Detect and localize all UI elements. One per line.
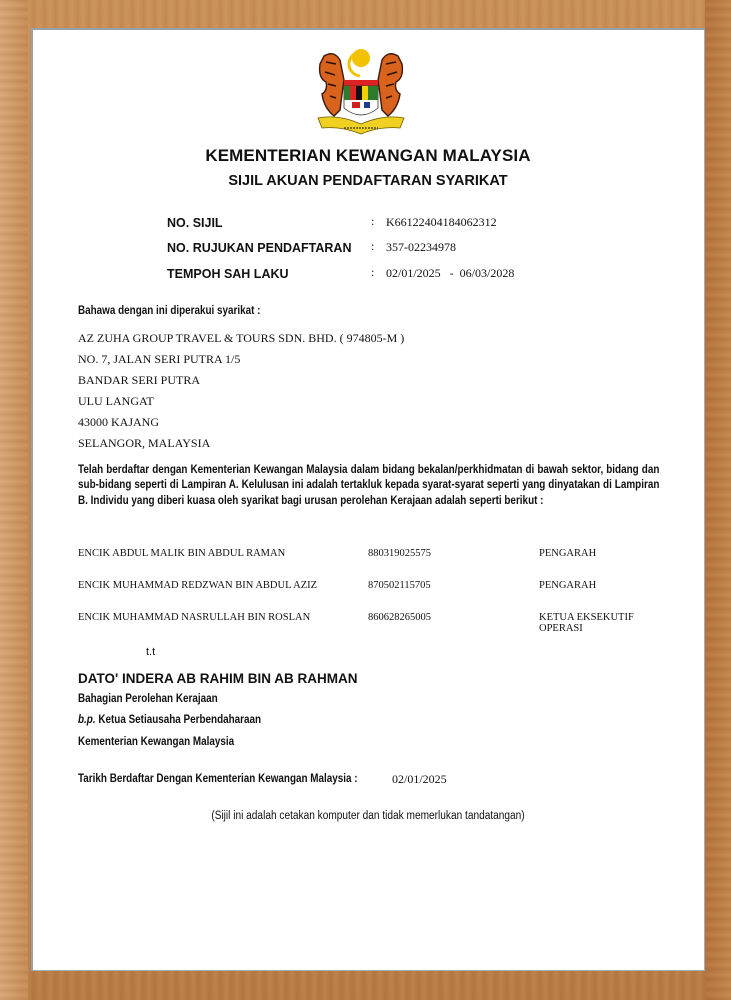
colon: : [371,265,374,280]
individual-name: ENCIK ABDUL MALIK BIN ABDUL RAMAN [78,548,285,559]
malaysia-coat-of-arms-icon [306,42,416,142]
individual-ic: 880319025575 [368,548,431,559]
ref-no-label: NO. RUJUKAN PENDAFTARAN [167,241,352,255]
tt-mark: t.t [146,646,155,658]
colon: : [371,214,374,229]
individual-name: ENCIK MUHAMMAD NASRULLAH BIN ROSLAN [78,612,310,623]
individual-name: ENCIK MUHAMMAD REDZWAN BIN ABDUL AZIZ [78,580,317,591]
registration-date-value: 02/01/2025 [392,772,447,787]
registration-statement: Telah berdaftar dengan Kementerian Kewan… [78,462,659,508]
computer-generated-note: (Sijil ini adalah cetakan komputer dan t… [71,810,664,822]
individual-position: PENGARAH [539,580,669,591]
individual-position: KETUA EKSEKUTIF OPERASI [539,612,669,634]
signatory-name: DATO' INDERA AB RAHIM BIN AB RAHMAN [78,671,357,686]
validity-label: TEMPOH SAH LAKU [167,267,289,281]
certificate-page: KEMENTERIAN KEWANGAN MALAYSIA SIJIL AKUA… [31,28,705,971]
ministry-heading: KEMENTERIAN KEWANGAN MALAYSIA [31,146,705,166]
bp-prefix: b.p. [78,714,96,726]
cert-no-value: K66122404184062312 [386,215,497,230]
address-line-3: ULU LANGAT [78,394,154,409]
on-behalf-line: b.p. Ketua Setiausaha Perbendaharaan [78,714,261,726]
company-intro: Bahawa dengan ini diperakui syarikat : [78,305,260,317]
certificate-title: SIJIL AKUAN PENDAFTARAN SYARIKAT [31,173,705,189]
company-name: AZ ZUHA GROUP TRAVEL & TOURS SDN. BHD. (… [78,331,404,346]
ministry-name: Kementerian Kewangan Malaysia [78,736,234,748]
on-behalf-title: Ketua Setiausaha Perbendaharaan [98,714,261,726]
address-line-2: BANDAR SERI PUTRA [78,373,200,388]
address-line-5: SELANGOR, MALAYSIA [78,436,210,451]
cert-no-label: NO. SIJIL [167,216,223,230]
ref-no-value: 357-02234978 [386,240,456,255]
registration-date-label: Tarikh Berdaftar Dengan Kementerian Kewa… [78,773,358,785]
validity-value: 02/01/2025 - 06/03/2028 [386,266,514,281]
individual-ic: 870502115705 [368,580,431,591]
address-line-1: NO. 7, JALAN SERI PUTRA 1/5 [78,352,240,367]
colon: : [371,239,374,254]
individual-ic: 860628265005 [368,612,431,623]
address-line-4: 43000 KAJANG [78,415,159,430]
division-name: Bahagian Perolehan Kerajaan [78,693,218,705]
individual-position: PENGARAH [539,548,669,559]
